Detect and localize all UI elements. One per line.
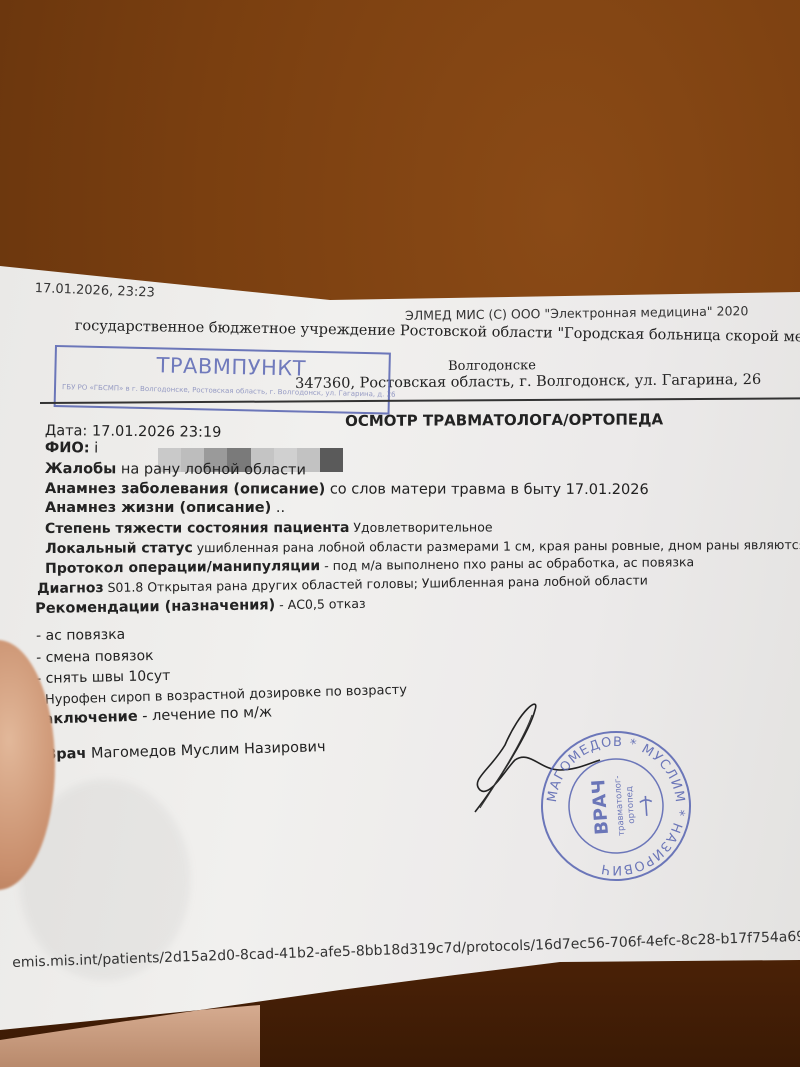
field-label: Диагноз <box>37 580 104 597</box>
doctor-round-stamp: МАГОМЕДОВ * МУСЛИМ * НАЗИРОВИЧ ВРАЧ трав… <box>533 723 700 890</box>
field-value: ушибленная рана лобной области размерами… <box>193 537 800 555</box>
svg-text:ВРАЧ: ВРАЧ <box>588 779 613 836</box>
stamp-small-text: ГБУ РО «ГБСМП» в г. Волгодонске, Ростовс… <box>62 383 396 399</box>
field-label: Анамнез жизни (описание) <box>45 500 271 516</box>
doctor-line: Врач Магомедов Муслим Назирович <box>45 739 326 763</box>
field-label: Локальный статус <box>45 540 193 557</box>
fio-label: ФИО: <box>45 440 90 456</box>
exam-field: Степень тяжести состояния пациента Удовл… <box>45 519 493 537</box>
field-value: со слов матери травма в быту 17.01.2026 <box>325 481 649 498</box>
traumapunkt-stamp: ТРАВМПУНКТ ГБУ РО «ГБСМП» в г. Волгодонс… <box>54 345 391 415</box>
software-credit: ЭЛМЕД МИС (С) ООО "Электронная медицина"… <box>405 303 748 323</box>
exam-field: Жалобы на рану лобной области <box>45 461 306 478</box>
recommendation-item: - снять швы 10сут <box>36 668 170 687</box>
medical-document: 17.01.2026, 23:23 ЭЛМЕД МИС (С) ООО "Эле… <box>0 0 800 1067</box>
field-label: Жалобы <box>45 461 116 477</box>
medical-symbol-icon <box>639 796 652 817</box>
exam-field: Анамнез заболевания (описание) со слов м… <box>45 481 649 498</box>
recommendation-item: - смена повязок <box>36 648 154 666</box>
institution-city: Волгодонске <box>448 358 536 374</box>
print-timestamp: 17.01.2026, 23:23 <box>34 281 155 301</box>
date-label: Дата: <box>45 423 88 439</box>
stamp-title: ТРАВМПУНКТ <box>156 353 306 380</box>
svg-text:ортопед: ортопед <box>625 786 638 824</box>
field-value: S01.8 Открытая рана других областей голо… <box>103 572 647 595</box>
date-value: 17.01.2026 23:19 <box>92 423 222 440</box>
exam-field: Рекомендации (назначения) - АС0,5 отказ <box>35 596 366 617</box>
conclusion-value: - лечение по м/ж <box>137 704 272 724</box>
document-title: ОСМОТР ТРАВМАТОЛОГА/ОРТОПЕДА <box>345 410 663 430</box>
doctor-name: Магомедов Муслим Назирович <box>86 739 326 762</box>
field-value: Удовлетворительное <box>349 519 492 534</box>
field-label: Степень тяжести состояния пациента <box>45 520 349 537</box>
field-label: Анамнез заболевания (описание) <box>45 481 325 497</box>
field-value: - АС0,5 отказ <box>275 596 366 612</box>
conclusion: Заключение - лечение по м/ж <box>33 704 272 727</box>
svg-text:травматолог-: травматолог- <box>613 775 627 836</box>
fio-value: i <box>94 441 98 457</box>
field-value: - под м/а выполнено пхо раны ас обработк… <box>320 554 694 573</box>
exam-field: Диагноз S01.8 Открытая рана других облас… <box>37 572 648 597</box>
exam-field: Анамнез жизни (описание) .. <box>45 500 285 516</box>
footer-url: emis.mis.int/patients/2d15a2d0-8cad-41b2… <box>12 929 800 971</box>
field-label: Протокол операции/манипуляции <box>45 558 320 577</box>
recommendation-item: - ас повязка <box>36 627 125 644</box>
recommendation-item: - Нурофен сироп в возрастной дозировке п… <box>36 683 407 708</box>
field-value: .. <box>271 500 285 516</box>
field-value: на рану лобной области <box>116 461 306 478</box>
field-label: Рекомендации (назначения) <box>35 597 275 617</box>
